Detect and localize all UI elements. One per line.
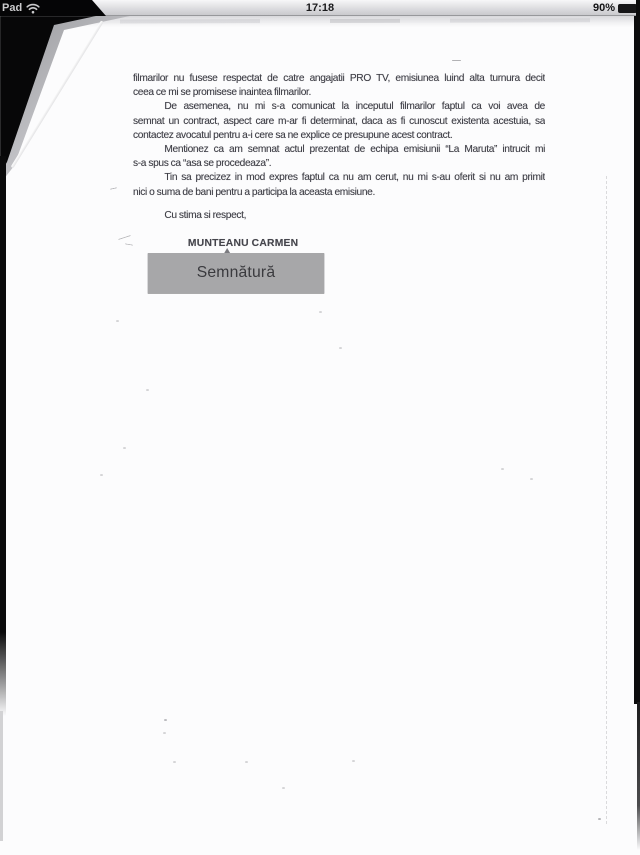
status-bar: Pad 17:18 90% [0, 0, 640, 16]
letter-line: semnat un contract, aspect care m-ar fi … [133, 115, 545, 129]
battery-icon [618, 4, 637, 13]
letter-text-block: filmarilor nu fusese respectat de catre … [133, 72, 545, 293]
signature-placeholder: Semnătură [148, 253, 325, 293]
scan-mark [452, 60, 461, 61]
scan-mark [125, 243, 133, 245]
scan-speck [282, 787, 285, 789]
scan-speck [245, 761, 248, 763]
scanner-edge-left-fade [0, 711, 3, 841]
letter-closing: Cu stima si respect, [133, 209, 545, 223]
signature-peek-mark [224, 248, 230, 253]
scan-speck [146, 389, 149, 391]
scan-speck [352, 760, 355, 762]
scan-speck [598, 818, 601, 820]
scan-mark [110, 187, 117, 189]
scan-speck [501, 468, 504, 470]
status-bar-right: 90% [593, 1, 637, 15]
scan-speck [163, 732, 166, 734]
letter-line: nici o suma de bani pentru a participa l… [133, 186, 545, 200]
scan-speck [319, 311, 322, 313]
scan-speck [173, 761, 176, 763]
letter-line: De asemenea, nu mi s-a comunicat la ince… [133, 100, 545, 114]
scan-mark [118, 235, 131, 240]
scan-speck [100, 474, 103, 476]
letter-line: s-a spus ca “asa se procedeaza”. [133, 157, 545, 171]
clock-label: 17:18 [0, 1, 640, 15]
letter-line: contactez avocatul pentru a-i cere sa ne… [133, 129, 545, 143]
scan-speck [116, 320, 119, 322]
scanner-edge-left [0, 156, 6, 716]
letter-line: ceea ce mi se promisese inaintea filmari… [133, 86, 545, 100]
ipad-screen: Pad 17:18 90% filmarilor nu fusese respe… [0, 0, 640, 855]
letter-line: Mentionez ca am semnat actul prezentat d… [133, 143, 545, 157]
signature-label: Semnătură [197, 264, 276, 282]
scan-speck [530, 478, 533, 480]
letter-line: filmarilor nu fusese respectat de catre … [133, 72, 545, 86]
page-fold-line [606, 176, 607, 824]
battery-percent-label: 90% [593, 1, 615, 15]
scanned-document-photo[interactable]: filmarilor nu fusese respectat de catre … [0, 16, 640, 855]
letter-line: Tin sa precizez in mod expres faptul ca … [133, 171, 545, 185]
scan-speck [339, 347, 342, 349]
scan-speck [123, 447, 126, 449]
scanner-background-corner [0, 16, 120, 196]
scanner-edge-right [634, 16, 640, 704]
signer-name: MUNTEANU CARMEN [133, 237, 545, 250]
scan-speck [164, 719, 167, 721]
status-bar-edge-shadow [636, 0, 640, 16]
